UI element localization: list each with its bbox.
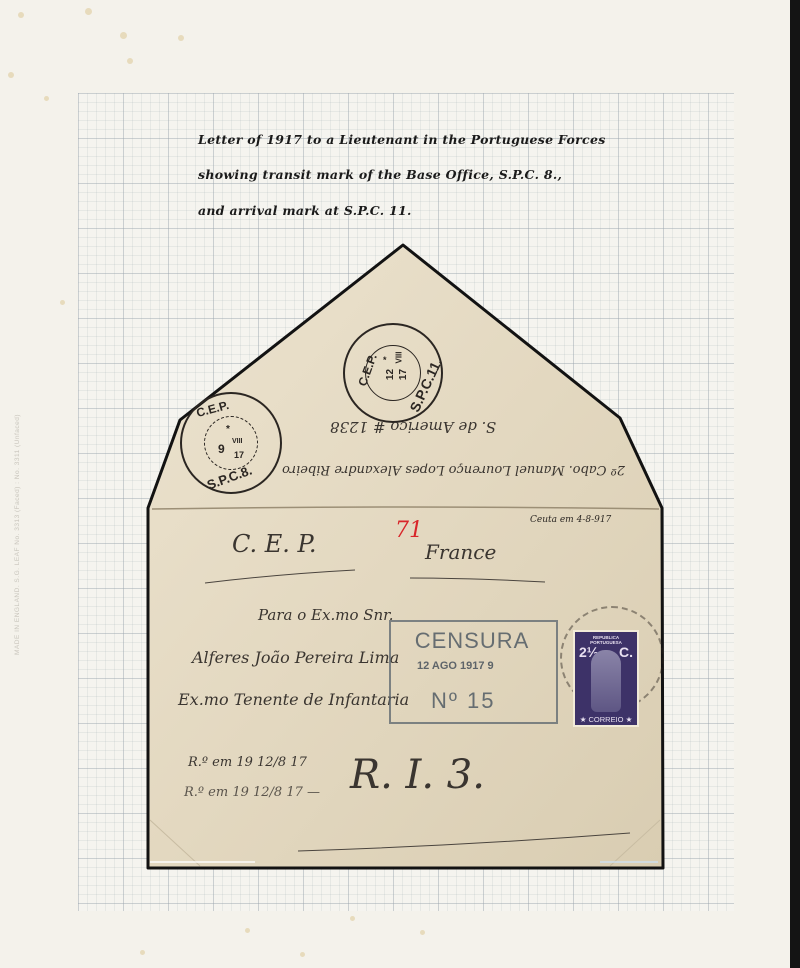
postmark-transit-star: * (226, 424, 230, 435)
address-line-1: Para o Ex.mo Snr. (258, 606, 393, 624)
album-page: MADE IN ENGLAND. S.G. LEAF No. 3313 (Fac… (0, 0, 790, 968)
postmark-transit-day: 9 (218, 442, 225, 456)
destination-france: France (425, 540, 496, 564)
flap-note-line-2: 2º Cabo. Manuel Lourenço Lopes Alexandre… (282, 462, 625, 477)
postmark-transit-year: 17 (234, 450, 244, 460)
postmark-arrival-year: 17 (398, 369, 409, 380)
postmark-arrival-day: 12 (385, 369, 396, 380)
censor-handstamp: CENSURA 12 AGO 1917 9 Nº 15 (389, 620, 558, 724)
envelope-outline (0, 0, 800, 968)
postmark-arrival-spc11: C.E.P. S.P.C.11. * 12 VIII 17 (343, 323, 443, 423)
stamp-label: ★ CORREIO ★ (573, 715, 639, 724)
censor-title: CENSURA (397, 628, 547, 654)
address-line-3: Ex.mo Tenente de Infantaria (178, 690, 409, 709)
postmark-transit-month: VIII (232, 438, 243, 445)
censor-date: 12 AGO 1917 9 (417, 660, 494, 672)
flap-note-line-1: S. de Americo # 1238 (330, 418, 496, 436)
page-shadow-edge (790, 0, 800, 968)
postmark-transit-spc8: C.E.P. S.P.C.8. * 9 VIII 17 (180, 392, 282, 494)
ceres-figure-icon (591, 650, 621, 712)
stamp-currency: C. (619, 644, 633, 660)
red-number: 71 (395, 518, 423, 543)
postmark-inner-ring (204, 416, 258, 470)
cep-mark: C. E. P. (232, 530, 316, 558)
censor-number: Nº 15 (431, 688, 496, 714)
pencil-note: Ceuta em 4-8-917 (530, 515, 611, 525)
address-line-2: Alferes João Pereira Lima (192, 648, 399, 667)
received-line-1: R.º em 19 12/8 17 (188, 755, 307, 770)
unit-mark: R. I. 3. (350, 752, 485, 798)
ceres-postage-stamp: REPUBLICA PORTUGUESA 2½ C. ★ CORREIO ★ (573, 630, 639, 727)
postmark-arrival-month: VIII (395, 351, 404, 363)
received-line-2: R.º em 19 12/8 17 — (184, 785, 320, 800)
postmark-arrival-star: * (383, 355, 387, 365)
